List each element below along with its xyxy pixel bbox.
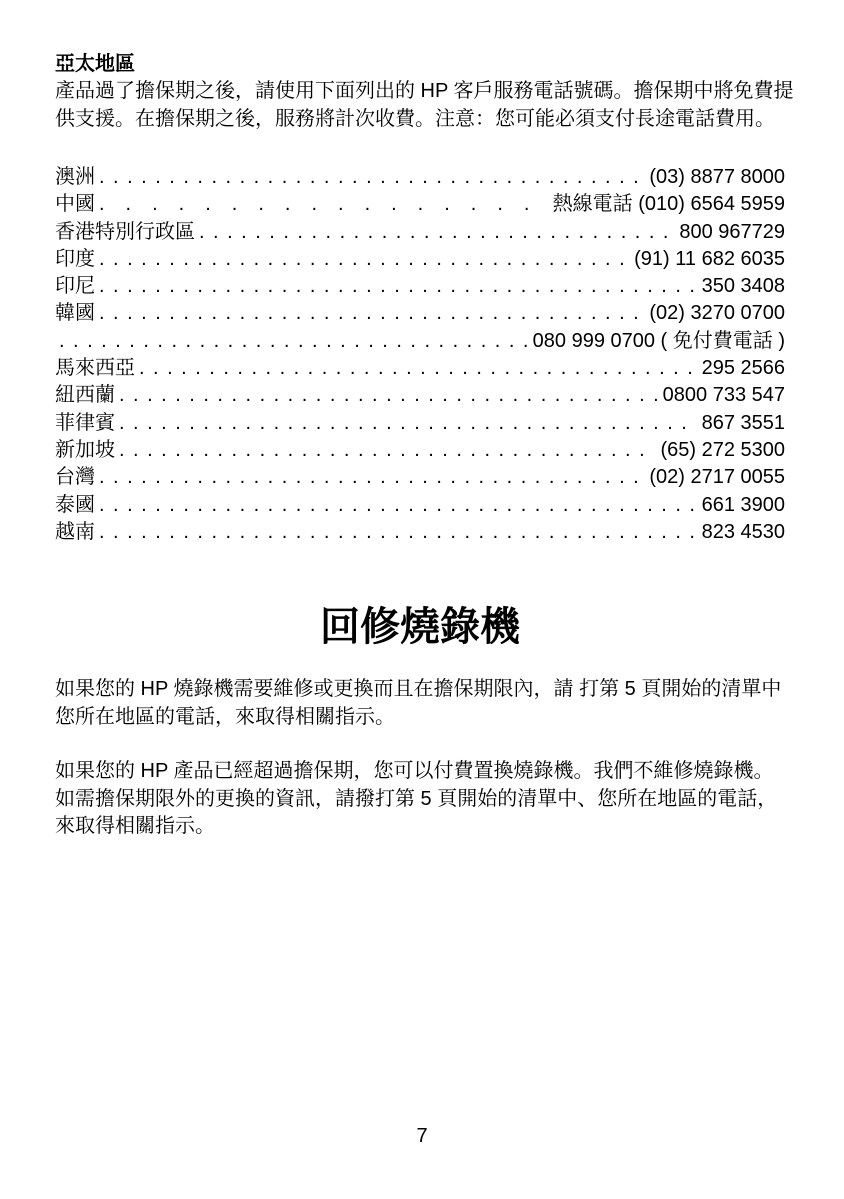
phone-number: 867 3551 [702, 410, 785, 437]
phone-number: (65) 272 5300 [660, 437, 785, 464]
intro-line: 供支援。在擔保期之後，服務將計次收費。注意：您可能必須支付長途電話費用。 [55, 106, 785, 134]
phone-number: 350 3408 [702, 273, 785, 300]
intro-line: 產品過了擔保期之後，請使用下面列出的 HP 客戶服務電話號碼。擔保期中將免費提 [55, 78, 785, 106]
phone-number: 0800 733 547 [663, 382, 785, 409]
phone-row-australia: 澳洲 (03) 8877 8000 [55, 164, 785, 191]
phone-number: 661 3900 [702, 492, 785, 519]
phone-number: (91) 11 682 6035 [634, 246, 785, 273]
section-title-asia-pacific: 亞太地區 [55, 51, 785, 78]
country-label: 新加坡 [55, 437, 115, 464]
phone-number: 295 2566 [702, 355, 785, 382]
phone-row-taiwan: 台灣 (02) 2717 0055 [55, 464, 785, 491]
dot-leader [99, 273, 696, 300]
phone-row-vietnam: 越南 823 4530 [55, 519, 785, 546]
country-label: 紐西蘭 [55, 382, 115, 409]
country-label: 印尼 [55, 273, 95, 300]
phone-number: (02) 2717 0055 [649, 464, 785, 491]
dot-leader [119, 410, 696, 437]
dot-leader [99, 519, 696, 546]
phone-number: (03) 8877 8000 [649, 164, 785, 191]
country-label: 中國 [55, 191, 95, 218]
dot-leader [99, 464, 643, 491]
country-label: 菲律賓 [55, 410, 115, 437]
page-content: 亞太地區 產品過了擔保期之後，請使用下面列出的 HP 客戶服務電話號碼。擔保期中… [55, 0, 785, 841]
dot-leader [99, 246, 628, 273]
document-page: 亞太地區 產品過了擔保期之後，請使用下面列出的 HP 客戶服務電話號碼。擔保期中… [0, 0, 844, 1199]
country-label: 澳洲 [55, 164, 95, 191]
replacement-line: 如需擔保期限外的更換的資訊，請撥打第 5 頁開始的清單中、您所在地區的電話， [55, 786, 785, 814]
repair-paragraph: 如果您的 HP 燒錄機需要維修或更換而且在擔保期限內，請 打第 5 頁開始的清單… [55, 676, 785, 731]
intro-paragraph: 產品過了擔保期之後，請使用下面列出的 HP 客戶服務電話號碼。擔保期中將免費提 … [55, 78, 785, 133]
dot-leader [199, 219, 673, 246]
phone-number: 熱線電話 (010) 6564 5959 [553, 191, 785, 218]
phone-number: 823 4530 [702, 519, 785, 546]
country-label: 印度 [55, 246, 95, 273]
phone-row-newzealand: 紐西蘭 0800 733 547 [55, 382, 785, 409]
phone-row-hongkong: 香港特別行政區 800 967729 [55, 219, 785, 246]
country-label: 馬來西亞 [55, 355, 135, 382]
dot-leader [99, 164, 643, 191]
repair-line: 如果您的 HP 燒錄機需要維修或更換而且在擔保期限內，請 打第 5 頁開始的清單… [55, 676, 785, 704]
phone-row-korea: 韓國 (02) 3270 0700 [55, 300, 785, 327]
phone-row-philippines: 菲律賓 867 3551 [55, 410, 785, 437]
dot-leader [139, 355, 696, 382]
phone-number: (02) 3270 0700 [649, 300, 785, 327]
dot-leader [119, 437, 654, 464]
replacement-line: 如果您的 HP 產品已經超過擔保期，您可以付費置換燒錄機。我們不維修燒錄機。 [55, 758, 785, 786]
country-label: 越南 [55, 519, 95, 546]
replacement-line: 來取得相關指示。 [55, 813, 785, 841]
phone-number-list: 澳洲 (03) 8877 8000 中國 熱線電話 (010) 6564 595… [55, 164, 785, 546]
phone-row-indonesia: 印尼 350 3408 [55, 273, 785, 300]
phone-number: 800 967729 [679, 219, 785, 246]
dot-leader [119, 382, 657, 409]
country-label: 泰國 [55, 492, 95, 519]
page-number: 7 [0, 1124, 844, 1148]
phone-number: 080 999 0700 ( 免付費電話 ) [533, 328, 785, 355]
country-label: 台灣 [55, 464, 95, 491]
repair-line: 您所在地區的電話，來取得相關指示。 [55, 704, 785, 732]
phone-row-singapore: 新加坡 (65) 272 5300 [55, 437, 785, 464]
phone-row-malaysia: 馬來西亞 295 2566 [55, 355, 785, 382]
replacement-paragraph: 如果您的 HP 產品已經超過擔保期，您可以付費置換燒錄機。我們不維修燒錄機。 如… [55, 758, 785, 841]
section-title-return-drive: 回修燒錄機 [55, 606, 785, 648]
dot-leader [99, 492, 696, 519]
phone-row-china: 中國 熱線電話 (010) 6564 5959 [55, 191, 785, 218]
country-label: 香港特別行政區 [55, 219, 195, 246]
dot-leader [99, 300, 643, 327]
dot-leader [99, 191, 547, 218]
dot-leader [59, 328, 527, 355]
country-label: 韓國 [55, 300, 95, 327]
phone-row-india: 印度 (91) 11 682 6035 [55, 246, 785, 273]
phone-row-korea-tollfree: 080 999 0700 ( 免付費電話 ) [55, 328, 785, 355]
phone-row-thailand: 泰國 661 3900 [55, 492, 785, 519]
